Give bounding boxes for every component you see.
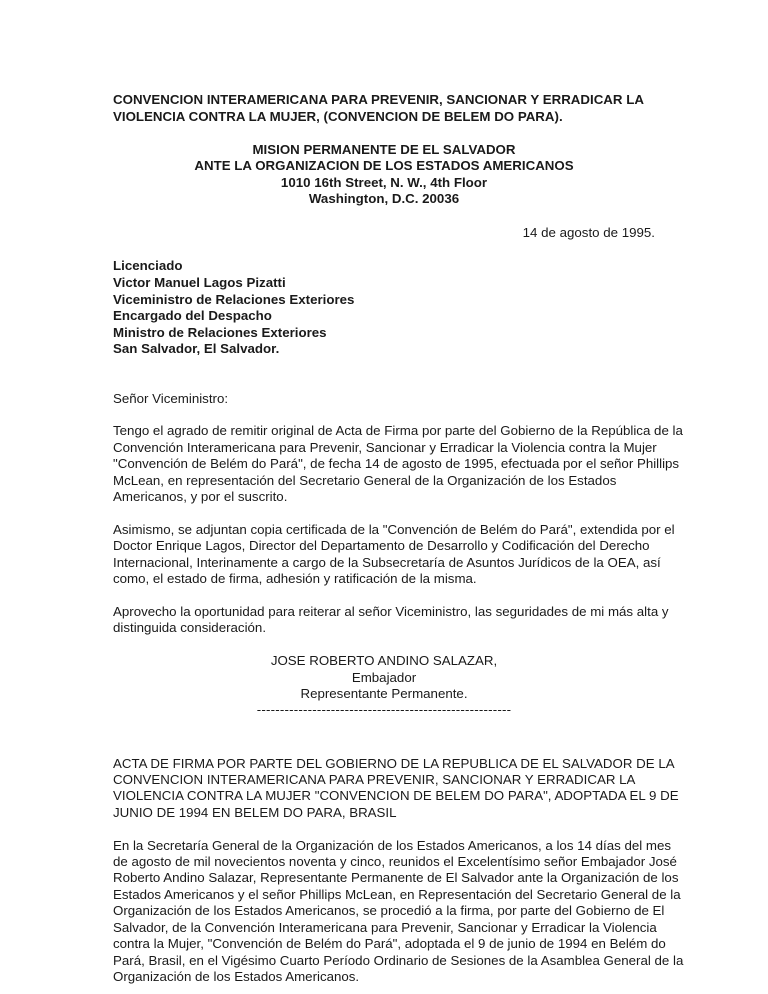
paragraph-line: Roberto Andino Salazar, Representante Pe… bbox=[113, 870, 655, 886]
addressee-line: Encargado del Despacho bbox=[113, 308, 655, 325]
paragraph-line: Tengo el agrado de remitir original de A… bbox=[113, 423, 655, 439]
paragraph-line: Aprovecho la oportunidad para reiterar a… bbox=[113, 604, 655, 620]
acta-title: ACTA DE FIRMA POR PARTE DEL GOBIERNO DE … bbox=[113, 756, 655, 822]
document-title: CONVENCION INTERAMERICANA PARA PREVENIR,… bbox=[113, 92, 655, 126]
mission-address-line: 1010 16th Street, N. W., 4th Floor bbox=[113, 175, 655, 192]
paragraph-line: Internacional, Interinamente a cargo de … bbox=[113, 555, 655, 571]
letter-date: 14 de agosto de 1995. bbox=[113, 225, 655, 241]
paragraph-line: Convención Interamericana para Prevenir,… bbox=[113, 440, 655, 456]
addressee-line: San Salvador, El Salvador. bbox=[113, 341, 655, 358]
paragraph-line: Organización de los Estados Americanos, … bbox=[113, 903, 655, 919]
paragraph-line: Salvador, de la Convención Interamerican… bbox=[113, 920, 655, 936]
paragraph-line: "Convención de Belém do Pará", de fecha … bbox=[113, 456, 655, 472]
signatory-title: Embajador bbox=[113, 670, 655, 686]
mission-line: ANTE LA ORGANIZACION DE LOS ESTADOS AMER… bbox=[113, 158, 655, 175]
separator-line: ----------------------------------------… bbox=[113, 703, 655, 716]
addressee-block: Licenciado Victor Manuel Lagos Pizatti V… bbox=[113, 258, 655, 358]
signatory-role: Representante Permanente. bbox=[113, 686, 655, 702]
acta-title-line: ACTA DE FIRMA POR PARTE DEL GOBIERNO DE … bbox=[113, 756, 655, 772]
acta-title-line: CONVENCION INTERAMERICANA PARA PREVENIR,… bbox=[113, 772, 655, 788]
addressee-line: Victor Manuel Lagos Pizatti bbox=[113, 275, 655, 292]
paragraph-line: como, el estado de firma, adhesión y rat… bbox=[113, 571, 655, 587]
addressee-line: Viceministro de Relaciones Exteriores bbox=[113, 292, 655, 309]
paragraph-line: Americanos, y por el suscrito. bbox=[113, 489, 655, 505]
paragraph-line: Doctor Enrique Lagos, Director del Depar… bbox=[113, 538, 655, 554]
paragraph-line: Estados Americanos y el señor Phillips M… bbox=[113, 887, 655, 903]
mission-letterhead: MISION PERMANENTE DE EL SALVADOR ANTE LA… bbox=[113, 142, 655, 208]
closing-paragraph: Aprovecho la oportunidad para reiterar a… bbox=[113, 604, 655, 637]
paragraph-line: Organización de los Estados Americanos. bbox=[113, 969, 655, 985]
title-line: CONVENCION INTERAMERICANA PARA PREVENIR,… bbox=[113, 92, 655, 109]
paragraph-line: Pará, Brasil, en el Vigésimo Cuarto Perí… bbox=[113, 953, 655, 969]
document-page: CONVENCION INTERAMERICANA PARA PREVENIR,… bbox=[113, 92, 655, 985]
body-paragraph: Asimismo, se adjuntan copia certificada … bbox=[113, 522, 655, 588]
acta-title-line: JUNIO DE 1994 EN BELEM DO PARA, BRASIL bbox=[113, 805, 655, 821]
paragraph-line: McLean, en representación del Secretario… bbox=[113, 473, 655, 489]
salutation: Señor Viceministro: bbox=[113, 391, 655, 407]
body-paragraph: Tengo el agrado de remitir original de A… bbox=[113, 423, 655, 505]
acta-title-line: VIOLENCIA CONTRA LA MUJER "CONVENCION DE… bbox=[113, 788, 655, 804]
mission-city-line: Washington, D.C. 20036 bbox=[113, 191, 655, 208]
mission-line: MISION PERMANENTE DE EL SALVADOR bbox=[113, 142, 655, 159]
signatory-name: JOSE ROBERTO ANDINO SALAZAR, bbox=[113, 653, 655, 669]
paragraph-line: contra la Mujer, "Convención de Belém do… bbox=[113, 936, 655, 952]
paragraph-line: En la Secretaría General de la Organizac… bbox=[113, 838, 655, 854]
paragraph-line: de agosto de mil novecientos noventa y c… bbox=[113, 854, 655, 870]
paragraph-line: distinguida consideración. bbox=[113, 620, 655, 636]
acta-body-paragraph: En la Secretaría General de la Organizac… bbox=[113, 838, 655, 986]
addressee-line: Ministro de Relaciones Exteriores bbox=[113, 325, 655, 342]
paragraph-line: Asimismo, se adjuntan copia certificada … bbox=[113, 522, 655, 538]
signature-block: JOSE ROBERTO ANDINO SALAZAR, Embajador R… bbox=[113, 653, 655, 715]
addressee-line: Licenciado bbox=[113, 258, 655, 275]
title-line: VIOLENCIA CONTRA LA MUJER, (CONVENCION D… bbox=[113, 109, 655, 126]
